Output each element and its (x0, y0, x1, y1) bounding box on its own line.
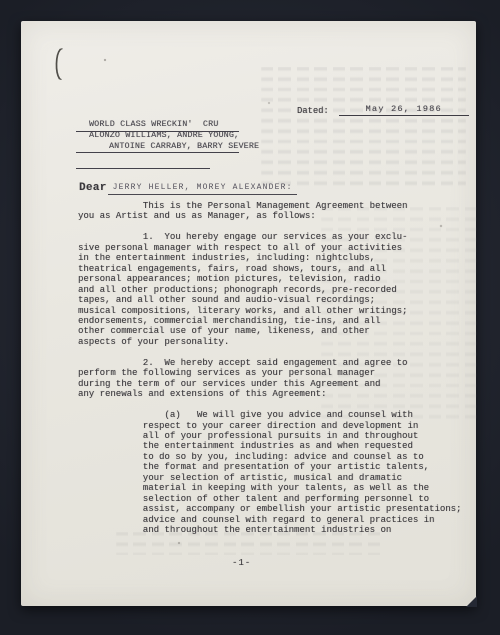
blank-underline-rule (76, 168, 210, 169)
document-page: Dated: May 26, 1986 WORLD CLASS WRECKIN'… (21, 21, 476, 606)
salutation-prefix: Dear (79, 182, 107, 194)
staple-icon (52, 47, 64, 81)
bleed-through-text (261, 67, 466, 191)
page-number: -1- (232, 558, 251, 568)
recipient-members-line2: ANTOINE CARRABY, BARRY SEVERE (109, 142, 259, 151)
salutation: DearJERRY HELLER, MOREY ALEXANDER: (79, 177, 297, 195)
recipient-group-name: WORLD CLASS WRECKIN' CRU (89, 120, 218, 129)
dated-row: Dated: May 26, 1986 (297, 104, 469, 116)
salutation-addressees: JERRY HELLER, MOREY ALEXANDER: (108, 183, 297, 195)
dated-value: May 26, 1986 (339, 104, 469, 116)
paper-corner-fold (466, 596, 477, 607)
scan-background: Dated: May 26, 1986 WORLD CLASS WRECKIN'… (0, 0, 500, 635)
dated-label: Dated: (297, 106, 329, 116)
underline-rule (76, 152, 239, 153)
letter-body: This is the Personal Management Agreemen… (78, 201, 461, 536)
recipient-members-line1: ALONZO WILLIAMS, ANDRE YOUNG, (89, 131, 239, 140)
